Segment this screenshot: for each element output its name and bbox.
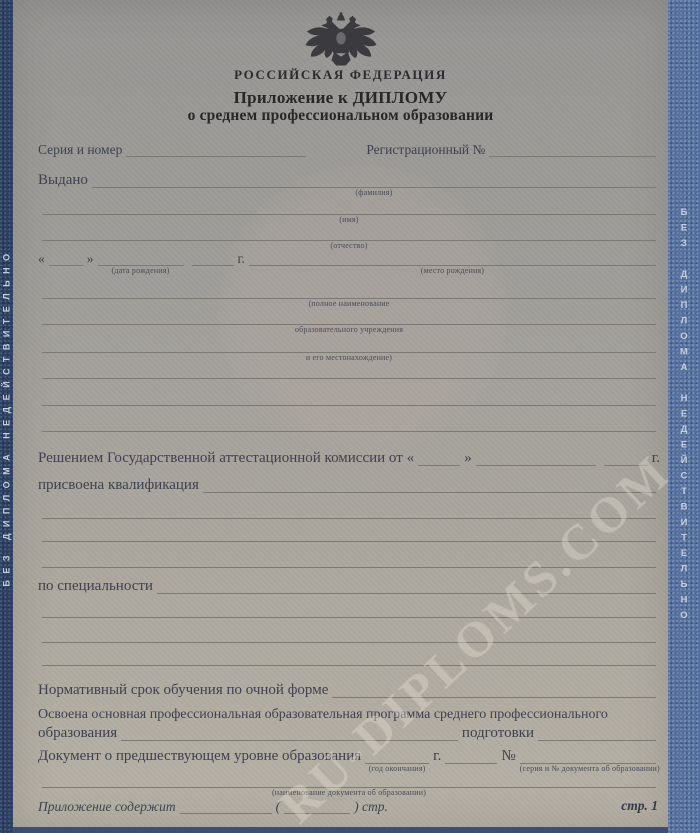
qualification-field-2 [42,504,656,519]
left-security-text: БЕЗ ДИПЛОМА НЕДЕЙСТВИТЕЛЬНО [2,247,12,586]
institution-row-3: и его местонахождение) [38,336,660,353]
qualification-field-4 [42,553,656,568]
series-registration-row: Серия и номер Регистрационный № [38,140,660,157]
right-security-text: БЕЗ ДИПЛОМА НЕДЕЙСТВИТЕЛЬНО [679,207,690,626]
specialty-row-3 [38,626,660,643]
specialty-field [157,579,656,594]
qualification-row-4 [38,551,660,568]
institution-field-6 [42,417,656,432]
docname-row: (наименование документа об образовании) [38,771,660,788]
birthdate-caption: (дата рождения) [98,266,184,275]
institution-field-3: и его местонахождение) [42,338,656,353]
appendix-pages-field [180,799,272,814]
issued-row: Выдано (фамилия) [38,171,660,188]
patronymic-row: (отчество) [38,224,660,241]
left-blue-border: БЕЗ ДИПЛОМА НЕДЕЙСТВИТЕЛЬНО [0,0,13,833]
series-field [126,142,306,157]
institution-field-2: образовательного учреждения [42,310,656,325]
document-page: РОССИЙСКАЯ ФЕДЕРАЦИЯ Приложение к ДИПЛОМ… [13,0,668,827]
previous-document-row: Документ о предшествующем уровне образов… [38,747,660,764]
docnumber-prefix-field [445,749,497,764]
decision-month-field [476,451,596,466]
quote-open-2: « [407,451,415,466]
qualification-field-3 [42,527,656,542]
qualification-field [203,478,656,493]
qualification-row-3 [38,525,660,542]
program-fields-row: образования подготовки [38,724,660,741]
document-title-line1: Приложение к ДИПЛОМУ [13,88,668,108]
docseries-field: (серия и № документа об образовании) [520,749,656,764]
program-text-row: Освоена основная профессиональная образо… [38,705,660,722]
training-label: подготовки [462,726,534,741]
right-blue-border: БЕЗ ДИПЛОМА НЕДЕЙСТВИТЕЛЬНО [668,0,700,833]
term-row: Нормативный срок обучения по очной форме [38,681,660,698]
term-label: Нормативный срок обучения по очной форме [38,683,328,698]
name-caption: (имя) [42,215,656,224]
series-label: Серия и номер [38,142,122,157]
prevdoc-label: Документ о предшествующем уровне образов… [38,749,361,764]
number-sign: № [501,749,515,764]
specialty-label: по специальности [38,579,153,594]
appendix-pages-words-field [284,799,350,814]
institution-row-4 [38,362,660,379]
birth-row: « » (дата рождения) г. (место рождения) [38,249,660,266]
year-abbr: г. [238,251,245,266]
specialty-row-2 [38,601,660,618]
surname-caption: (фамилия) [92,188,656,197]
surname-field: (фамилия) [92,173,656,188]
birthplace-caption: (место рождения) [249,266,656,275]
name-row: (имя) [38,198,660,215]
docname-field: (наименование документа об образовании) [42,773,656,788]
institution-row-6 [38,415,660,432]
training-field [538,726,656,741]
quote-close: » [87,251,94,266]
patronymic-field: (отчество) [42,226,656,241]
qualification-row: присвоена квалификация [38,476,660,493]
year-abbr-2: г. [652,451,660,466]
pages-suffix: ) стр. [354,799,388,814]
decision-year-field [604,451,648,466]
decision-day-field [418,451,460,466]
specialty-field-2 [42,603,656,618]
birth-month-field: (дата рождения) [98,251,184,266]
country-heading: РОССИЙСКАЯ ФЕДЕРАЦИЯ [13,67,668,83]
program-field [121,726,458,741]
decision-label: Решением Государственной аттестационной … [38,451,403,466]
registration-label: Регистрационный № [366,142,485,157]
gradyear-field: (год окончания) [365,749,429,764]
docname-caption: (наименование документа об образовании) [42,788,656,797]
birth-year-field [192,251,234,266]
specialty-field-4 [42,651,656,666]
registration-field [489,142,656,157]
issued-label: Выдано [38,173,88,188]
photo-background: БЕЗ ДИПЛОМА НЕДЕЙСТВИТЕЛЬНО БЕЗ ДИПЛОМА … [0,0,700,833]
institution-caption-1: (полное наименование [42,299,656,308]
institution-row-2: образовательного учреждения [38,308,660,325]
program-label: Освоена основная профессиональная образо… [38,707,608,722]
appendix-label: Приложение содержит [38,799,176,814]
page-number: стр. 1 [621,798,658,814]
institution-caption-3: и его местонахождение) [42,353,656,362]
paren-open: ( [276,799,281,814]
institution-row-1: (полное наименование [38,282,660,299]
appendix-row: Приложение содержит ( ) стр. стр. 1 [38,797,660,814]
term-field [332,683,656,698]
specialty-row: по специальности [38,577,660,594]
program-left-label: образования [38,726,117,741]
qualification-row-2 [38,502,660,519]
name-field: (имя) [42,200,656,215]
specialty-row-4 [38,649,660,666]
quote-close-2: » [464,451,472,466]
decision-row: Решением Государственной аттестационной … [38,449,660,466]
birth-day-field [49,251,83,266]
institution-field-5 [42,391,656,406]
institution-row-5 [38,389,660,406]
institution-field-1: (полное наименование [42,284,656,299]
birthplace-field: (место рождения) [249,251,656,266]
institution-field-4 [42,364,656,379]
institution-caption-2: образовательного учреждения [42,325,656,334]
quote-open: « [38,251,45,266]
year-abbr-3: г. [433,749,441,764]
document-title-line2: о среднем профессиональном образовании [13,107,668,125]
russia-coat-of-arms-icon [300,11,382,71]
specialty-field-3 [42,628,656,643]
qualification-label: присвоена квалификация [38,478,199,493]
